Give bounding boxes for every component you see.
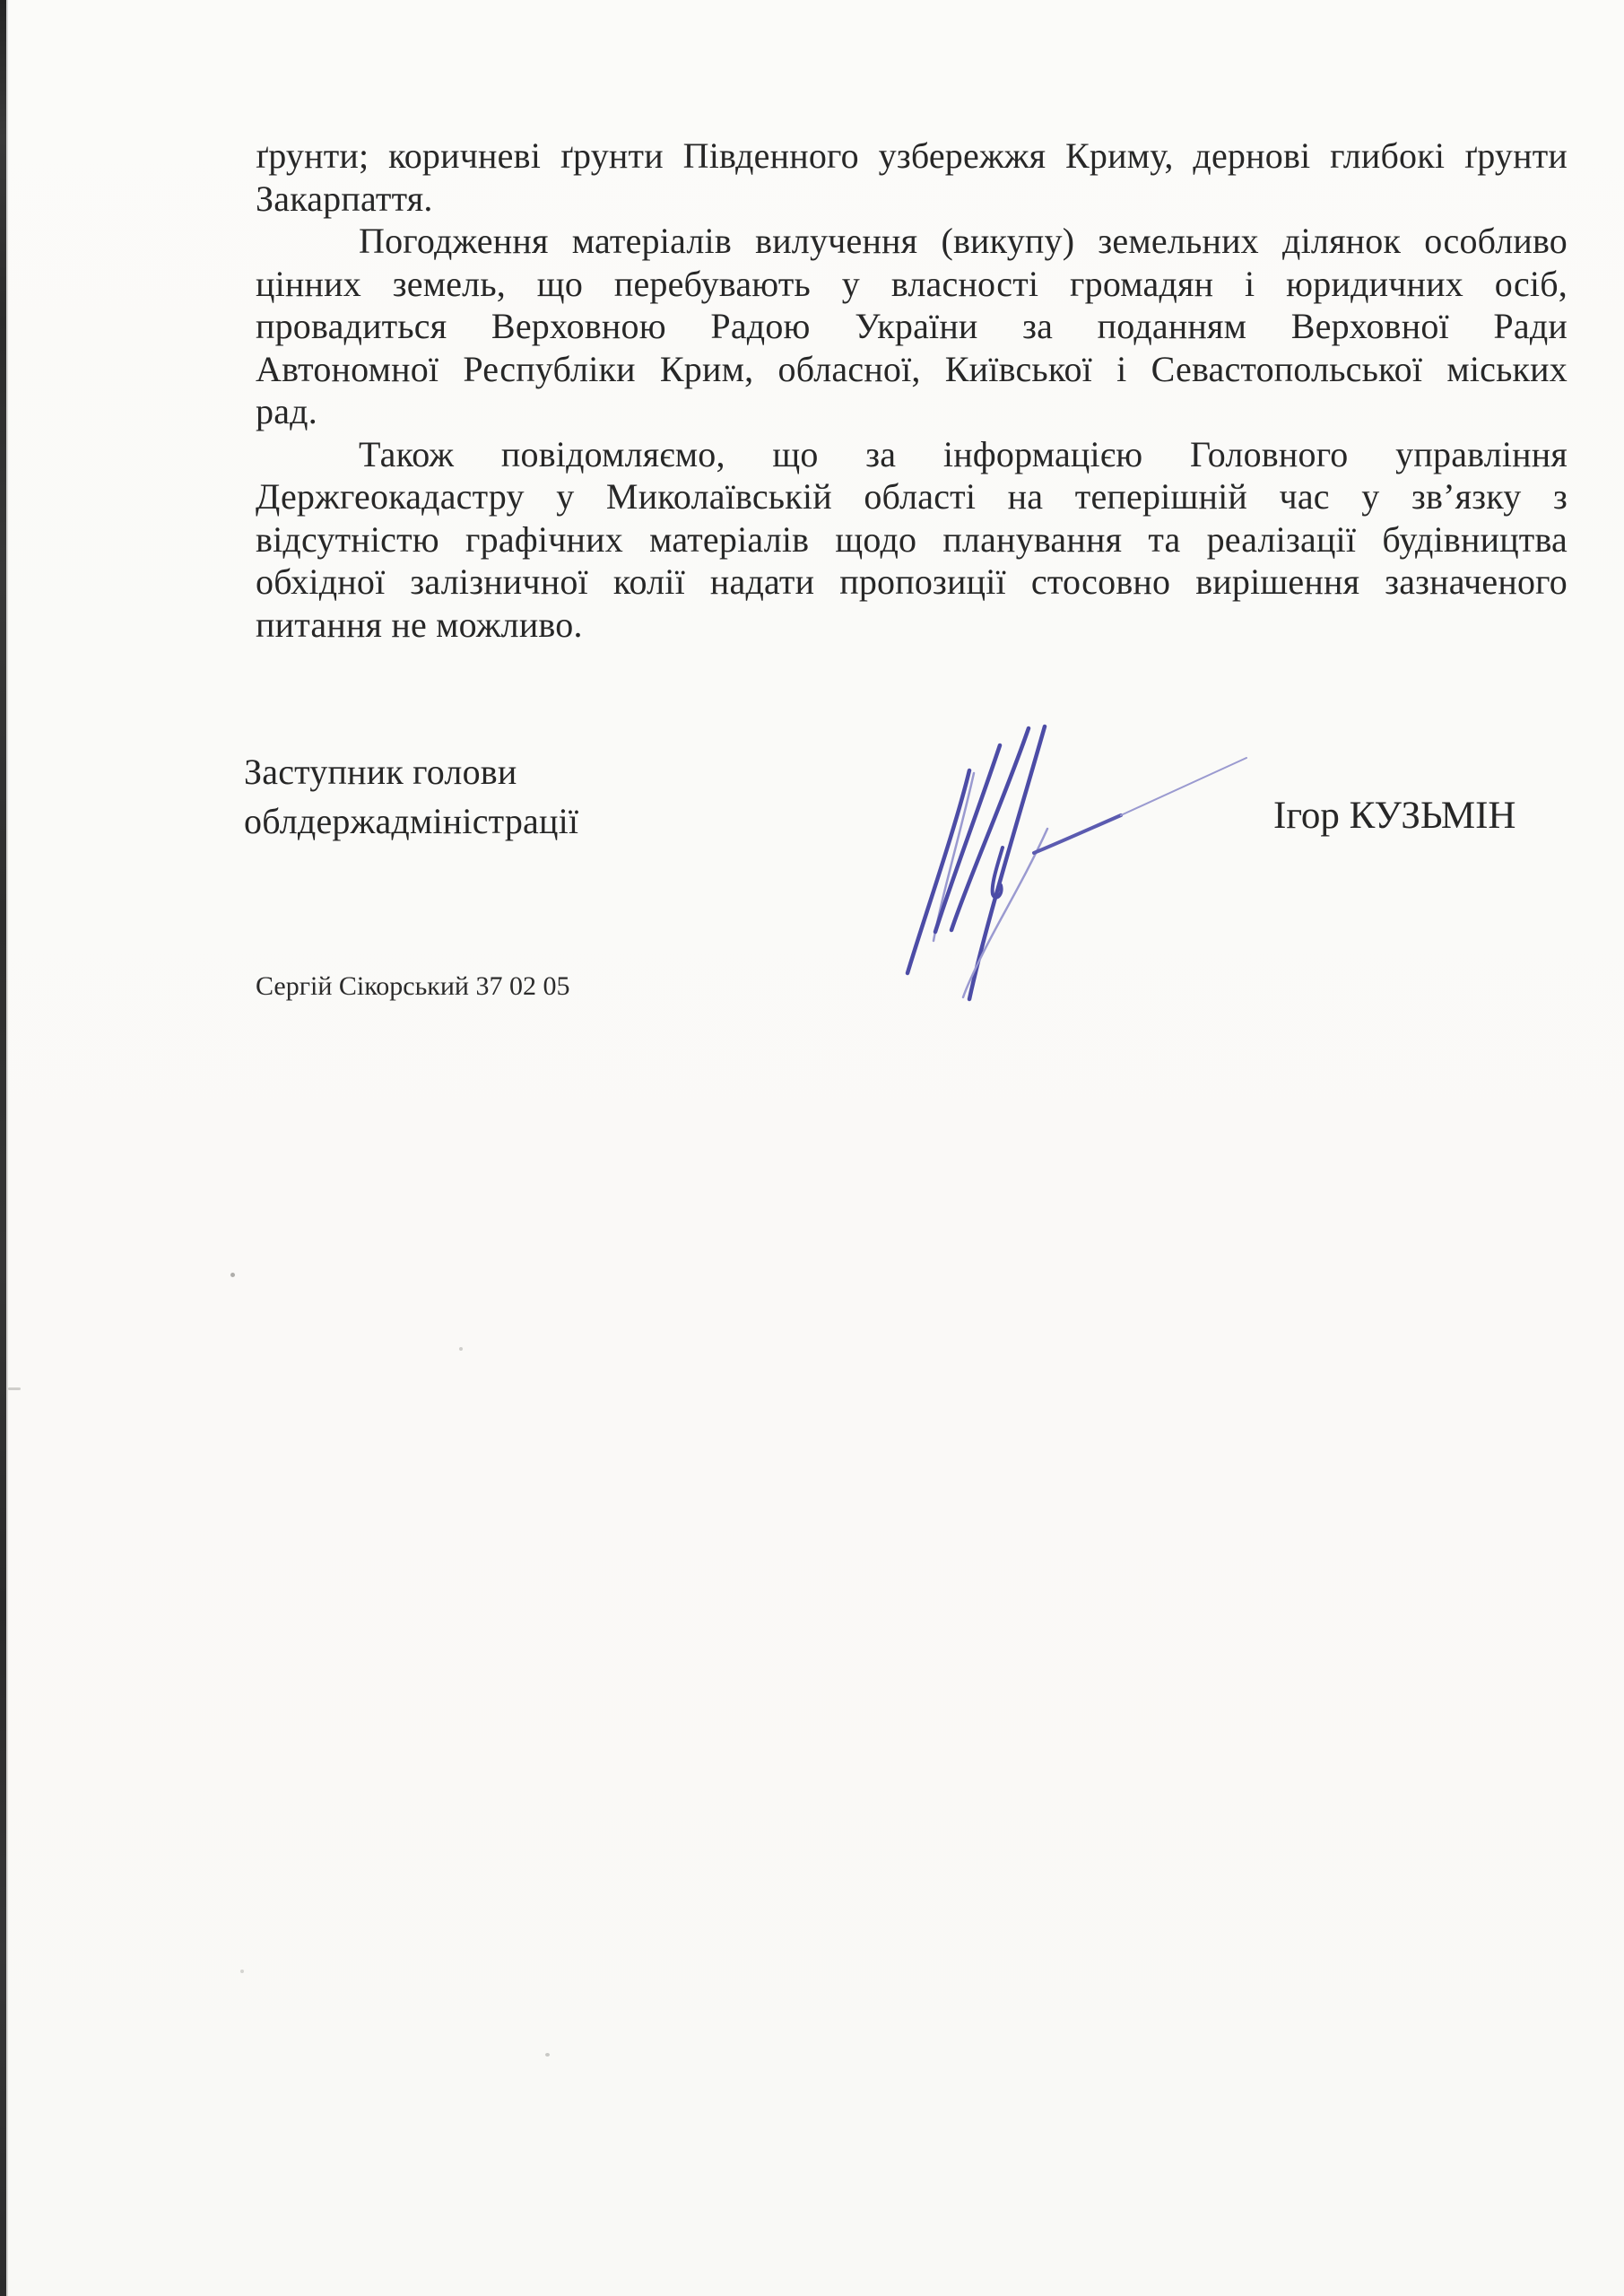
- executor-note: Сергій Сікорський 37 02 05: [256, 970, 569, 1003]
- text-line: Автономної Республіки Крим, обласної, Ки…: [256, 348, 1568, 391]
- signer-position-line: Заступник голови: [244, 747, 578, 796]
- scan-speck: [8, 1387, 21, 1390]
- text-line: Погодження матеріалів вилучення (викупу)…: [256, 220, 1568, 263]
- signer-name: Ігор КУЗЬМІН: [1273, 795, 1515, 838]
- scanned-letter-page: ґрунти; коричневі ґрунти Південного узбе…: [0, 0, 1624, 2296]
- scan-speck: [240, 1970, 244, 1973]
- text-line: Також повідомляємо, що за інформацією Го…: [256, 433, 1568, 476]
- text-line: цінних земель, що перебувають у власност…: [256, 263, 1568, 306]
- scan-speck: [459, 1347, 463, 1351]
- text-line: відсутністю графічних матеріалів щодо пл…: [256, 518, 1568, 561]
- text-line: обхідної залізничної колії надати пропоз…: [256, 561, 1568, 604]
- signer-position-title: Заступник голови облдержадміністрації: [244, 747, 578, 846]
- text-line: питання не можливо.: [256, 604, 1568, 647]
- letter-body: ґрунти; коричневі ґрунти Південного узбе…: [256, 135, 1568, 646]
- text-line: Закарпаття.: [256, 178, 1568, 221]
- text-line: Держгеокадастру у Миколаївській області …: [256, 475, 1568, 518]
- handwritten-signature-ink: [874, 691, 1269, 1022]
- text-line: рад.: [256, 390, 1568, 433]
- text-line: ґрунти; коричневі ґрунти Південного узбе…: [256, 135, 1568, 178]
- signer-position-line: облдержадміністрації: [244, 796, 578, 846]
- scan-speck: [230, 1273, 235, 1277]
- scan-edge-artifact: [0, 0, 6, 2296]
- scan-speck: [545, 2053, 550, 2057]
- text-line: провадиться Верховною Радою України за п…: [256, 305, 1568, 348]
